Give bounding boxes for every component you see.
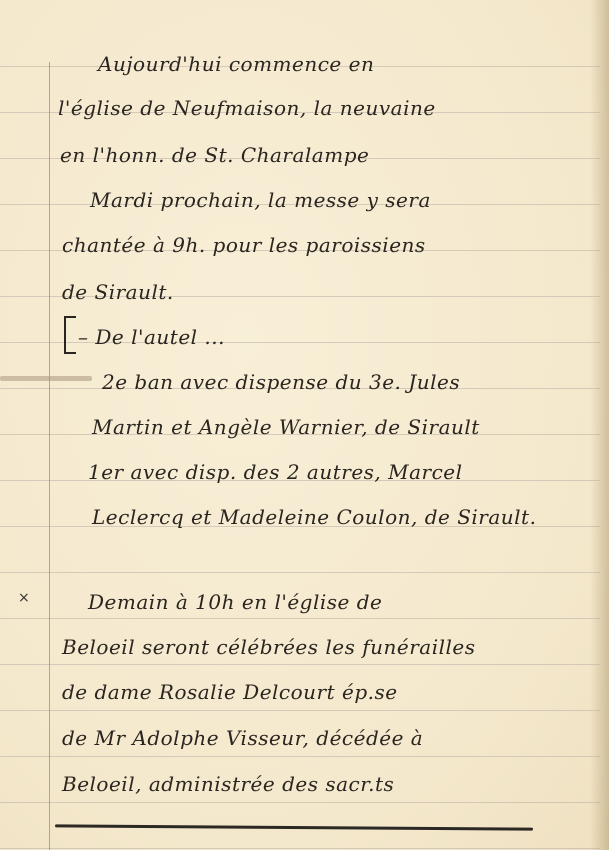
text-line-4: Mardi prochain, la messe y sera	[90, 188, 431, 212]
text-line-12: Demain à 10h en l'église de	[88, 590, 382, 614]
ruled-line	[0, 802, 600, 803]
ruled-line	[0, 664, 600, 665]
ruled-line	[0, 756, 600, 757]
ink-smudge	[0, 376, 92, 381]
margin-line	[49, 62, 50, 850]
text-line-14: de dame Rosalie Delcourt ép.se	[62, 680, 398, 704]
text-line-16: Beloeil, administrée des sacr.ts	[62, 772, 394, 796]
text-line-2: l'église de Neufmaison, la neuvaine	[58, 96, 436, 120]
text-line-11: Leclercq et Madeleine Coulon, de Sirault…	[92, 505, 536, 529]
notebook-page: × Aujourd'hui commence en l'église de Ne…	[0, 0, 609, 850]
text-line-7: – De l'autel ...	[78, 325, 225, 349]
ruled-line	[0, 848, 600, 849]
closing-rule	[55, 824, 533, 830]
text-line-15: de Mr Adolphe Visseur, décédée à	[62, 726, 423, 750]
text-line-9: Martin et Angèle Warnier, de Sirault	[92, 415, 480, 439]
ruled-line	[0, 572, 600, 573]
ruled-line	[0, 710, 600, 711]
text-line-10: 1er avec disp. des 2 autres, Marcel	[88, 460, 463, 484]
ruled-line	[0, 618, 600, 619]
text-line-3: en l'honn. de St. Charalampe	[60, 143, 369, 167]
text-line-13: Beloeil seront célébrées les funérailles	[62, 635, 476, 659]
text-line-8: 2e ban avec dispense du 3e. Jules	[102, 370, 460, 394]
text-line-6: de Sirault.	[62, 280, 174, 304]
text-line-1: Aujourd'hui commence en	[98, 52, 374, 76]
margin-cross-mark: ×	[18, 590, 30, 606]
bracket-mark	[64, 316, 76, 354]
text-line-5: chantée à 9h. pour les paroissiens	[62, 233, 426, 257]
